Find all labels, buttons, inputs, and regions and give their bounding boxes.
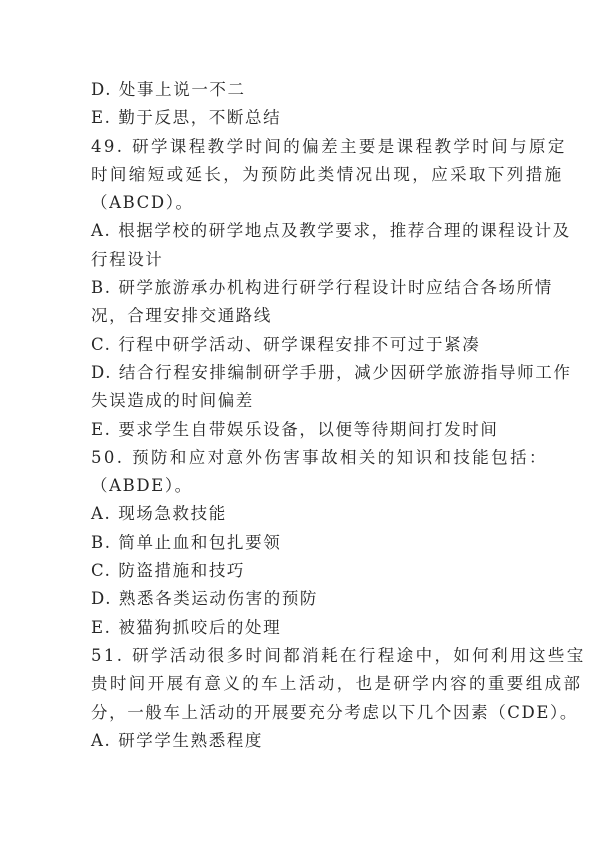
question-49-line-2: 时间缩短或延长，为预防此类情况出现，应采取下列措施 [91, 161, 511, 189]
option-e-q49: E. 要求学生自带娱乐设备，以便等待期间打发时间 [91, 416, 511, 444]
option-d-q50: D. 熟悉各类运动伤害的预防 [91, 585, 511, 613]
option-a-q50: A. 现场急救技能 [91, 500, 511, 528]
question-51-line-2: 贵时间开展有意义的车上活动，也是研学内容的重要组成部 [91, 670, 511, 698]
option-d-q49-line-2: 失误造成的时间偏差 [91, 387, 511, 415]
question-51-line-1: 51. 研学活动很多时间都消耗在行程途中，如何利用这些宝 [91, 642, 511, 670]
question-51-line-3: 分，一般车上活动的开展要充分考虑以下几个因素（CDE）。 [91, 699, 511, 727]
option-b-q49-line-1: B. 研学旅游承办机构进行研学行程设计时应结合各场所情 [91, 274, 511, 302]
option-c-q50: C. 防盗措施和技巧 [91, 557, 511, 585]
option-a-q49-line-2: 行程设计 [91, 246, 511, 274]
document-page: D. 处事上说一不二 E. 勤于反思，不断总结 49. 研学课程教学时间的偏差主… [91, 76, 511, 755]
question-50-answer: （ABDE）。 [91, 472, 511, 500]
option-d-q48: D. 处事上说一不二 [91, 76, 511, 104]
question-50-line-1: 50. 预防和应对意外伤害事故相关的知识和技能包括： [91, 444, 511, 472]
question-49-answer: （ABCD）。 [91, 189, 511, 217]
option-a-q49-line-1: A. 根据学校的研学地点及教学要求，推荐合理的课程设计及 [91, 217, 511, 245]
option-e-q50: E. 被猫狗抓咬后的处理 [91, 614, 511, 642]
question-49-line-1: 49. 研学课程教学时间的偏差主要是课程教学时间与原定 [91, 133, 511, 161]
option-e-q48: E. 勤于反思，不断总结 [91, 104, 511, 132]
option-c-q49: C. 行程中研学活动、研学课程安排不可过于紧凑 [91, 331, 511, 359]
option-d-q49-line-1: D. 结合行程安排编制研学手册，减少因研学旅游指导师工作 [91, 359, 511, 387]
option-b-q49-line-2: 况，合理安排交通路线 [91, 302, 511, 330]
option-b-q50: B. 简单止血和包扎要领 [91, 529, 511, 557]
option-a-q51: A. 研学学生熟悉程度 [91, 727, 511, 755]
